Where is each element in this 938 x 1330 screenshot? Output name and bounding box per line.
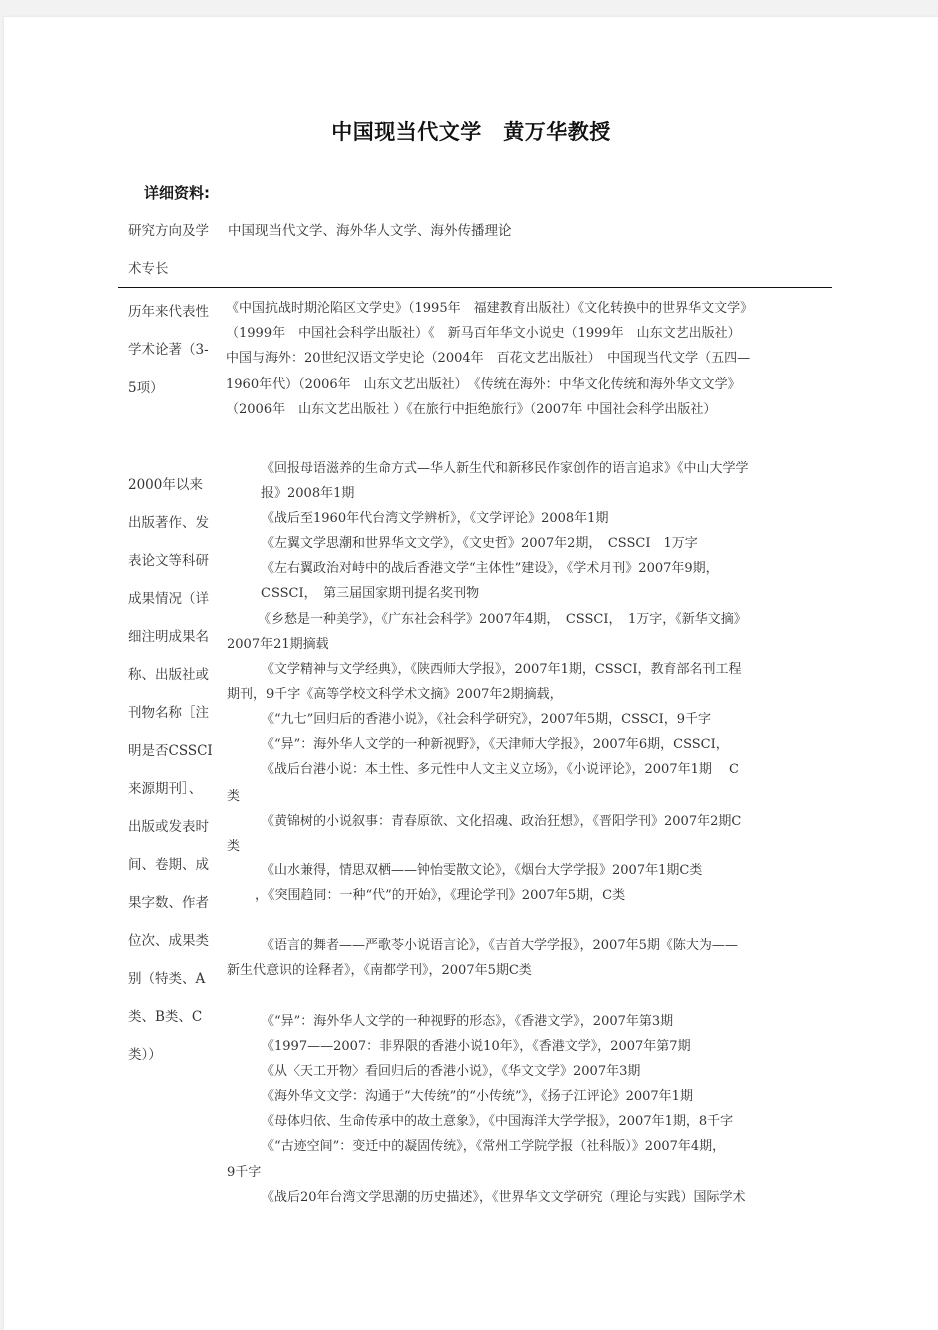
achievement-entry-line: 《乡愁是一种美学》，《广东社会科学》2007年4期， CSSCI， 1万字，《新…: [258, 608, 747, 627]
achievements-label-line: 间、卷期、成: [128, 853, 209, 873]
achievement-entry-line: 《“异”：海外华人文学的一种新视野》，《天津师大学报》，2007年6期，CSSC…: [261, 733, 729, 752]
achievement-entry-line: 《“古迹空间”：变迁中的凝固传统》，《常州工学院学报（社科版）》2007年4期，: [261, 1135, 725, 1154]
research-label-line-2: 术专长: [128, 257, 169, 277]
achievement-entry-line: 《从〈天工开物〉看回归后的香港小说》，《华文文学》2007年3期: [261, 1060, 640, 1079]
achievement-entry-line: 《回报母语滋养的生命方式—华人新生代和新移民作家创作的语言追求》《中山大学学: [261, 457, 749, 476]
achievements-label-line: 出版或发表时: [128, 815, 209, 835]
achievement-entry-line: 《语言的舞者——严歌苓小说语言论》，《吉首大学学报》，2007年5期《陈大为——: [261, 934, 738, 953]
achievement-entry-line: 《左右翼政治对峙中的战后香港文学“主体性”建设》，《学术月刊》2007年9期，: [261, 557, 719, 576]
achievements-label-line: 2000年以来: [128, 473, 203, 493]
achievement-entry-line: 《左翼文学思潮和世界华文文学》，《文史哲》2007年2期， CSSCI 1万字: [261, 532, 698, 551]
achievements-label-line: 称、出版社或: [128, 663, 209, 683]
document-page: 中国现当代文学 黄万华教授 详细资料: 研究方向及学 术专长 中国现当代文学、海…: [4, 17, 938, 1330]
works-line: （1999年 中国社会科学出版社）《 新马百年华文小说史（1999年 山东文艺出…: [226, 322, 741, 341]
achievements-label-line: 成果情况（详: [128, 587, 209, 607]
works-line: 《中国抗战时期沦陷区文学史》（1995年 福建教育出版社）《文化转换中的世界华文…: [226, 297, 753, 316]
works-line: （2006年 山东文艺出版社 ）《在旅行中拒绝旅行》（2007年 中国社会科学出…: [226, 398, 716, 417]
achievements-label-line: 细注明成果名: [128, 625, 209, 645]
works-line: 中国与海外：20世纪汉语文学史论（2004年 百花文艺出版社） 中国现当代文学（…: [226, 347, 750, 366]
research-label-line-1: 研究方向及学: [128, 219, 209, 239]
achievements-label-line: 来源期刊］、: [128, 777, 202, 797]
works-label-line-2: 学术论著（3-: [128, 338, 209, 358]
achievement-entry-line: CSSCI， 第三届国家期刊提名奖刊物: [261, 582, 479, 601]
achievement-entry-line: 9千字: [227, 1161, 261, 1180]
achievement-entry-line: 类: [227, 835, 240, 854]
achievements-label-line: 位次、成果类: [128, 929, 209, 949]
works-label-line-1: 历年来代表性: [128, 300, 209, 320]
achievement-entry-line: 新生代意识的诠释者》，《南都学刊》，2007年5期C类: [227, 959, 532, 978]
achievement-entry-line: 2007年21期摘载: [227, 633, 329, 652]
achievement-entry-line: 《“九七”回归后的香港小说》，《社会科学研究》，2007年5期，CSSCI，9千…: [261, 708, 711, 727]
works-line: 1960年代）（2006年 山东文艺出版社） 《传统在海外：中华文化传统和海外华…: [226, 373, 741, 392]
achievements-label-line: 果字数、作者: [128, 891, 209, 911]
achievements-label-line: 明是否CSSCI: [128, 739, 213, 759]
achievement-entry-line: 《山水兼得，情思双栖——钟怡雯散文论》，《烟台大学学报》2007年1期C类: [261, 859, 702, 878]
achievement-entry-line: 《黄锦树的小说叙事：青春原欲、文化招魂、政治狂想》，《晋阳学刊》2007年2期C: [261, 810, 741, 829]
achievements-label-line: 出版著作、发: [128, 511, 209, 531]
achievement-entry-line: 《文学精神与文学经典》，《陕西师大学报》，2007年1期，CSSCI，教育部名刊…: [261, 658, 741, 677]
divider-line: [118, 287, 832, 288]
section-heading: 详细资料:: [144, 182, 210, 203]
achievement-entry-line: 《海外华文文学：沟通于“大传统”的“小传统”》，《扬子江评论》2007年1期: [261, 1085, 693, 1104]
achievements-label-line: 别（特类、A: [128, 967, 205, 987]
achievement-entry-line: 《母体归依、生命传承中的故土意象》，《中国海洋大学学报》，2007年1期，8千字: [261, 1110, 733, 1129]
achievement-entry-line: 《1997——2007：非界限的香港小说10年》，《香港文学》，2007年第7期: [261, 1035, 691, 1054]
achievement-entry-line: ，《突围趋同：一种“代”的开始》，《理论学刊》2007年5期，C类: [255, 884, 625, 903]
achievements-label-line: 类、B类、C: [128, 1005, 202, 1025]
works-label-line-3: 5项）: [128, 376, 164, 396]
achievement-entry-line: 《战后至1960年代台湾文学辨析》，《文学评论》2008年1期: [261, 507, 608, 526]
achievements-label-line: 类））: [128, 1043, 162, 1063]
achievement-entry-line: 《战后20年台湾文学思潮的历史描述》，《世界华文文学研究（理论与实践）国际学术: [261, 1186, 746, 1205]
achievement-entry-line: 《“异”：海外华人文学的一种视野的形态》，《香港文学》，2007年第3期: [261, 1010, 673, 1029]
achievements-label-line: 刊物名称［注: [128, 701, 209, 721]
achievement-entry-line: 报》2008年1期: [261, 482, 354, 501]
research-value: 中国现当代文学、海外华人文学、海外传播理论: [228, 219, 512, 239]
achievement-entry-line: 期刊，9千字《高等学校文科学术文摘》2007年2期摘载，: [227, 683, 563, 702]
achievements-label-line: 表论文等科研: [128, 549, 209, 569]
achievement-entry-line: 类: [227, 785, 240, 804]
page-title: 中国现当代文学 黄万华教授: [4, 116, 938, 146]
achievement-entry-line: 《战后台港小说：本土性、多元性中人文主义立场》，《小说评论》，2007年1期 C: [261, 758, 739, 777]
